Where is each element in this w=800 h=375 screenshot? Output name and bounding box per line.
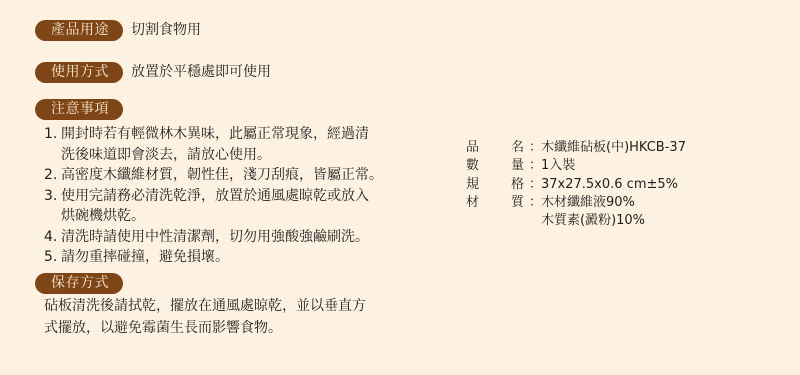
notes-item-number: 3. [44, 186, 61, 227]
spec-row-quantity: 數 量 ： 1入裝 [466, 157, 686, 175]
spec-key-second-char: 質 [511, 194, 529, 231]
spec-colon: ： [529, 176, 541, 194]
method-value: 放置於平穩處即可使用 [131, 62, 271, 82]
spec-row-dimensions: 規 格 ： 37x27.5x0.6 cm±5% [466, 176, 686, 194]
notes-item-text: 開封時若有輕微林木異味，此屬正常現象，經過清 洗後味道即會淡去，請放心使用。 [61, 124, 369, 165]
spec-row-material: 材 質 ： 木材纖維液90% 木質素(澱粉)10% [466, 194, 686, 231]
notes-item-text: 高密度木纖維材質，韌性佳，淺刀刮痕，皆屬正常。 [61, 165, 383, 186]
spec-value: 木纖維砧板(中)HKCB-37 [541, 139, 686, 157]
spec-colon: ： [529, 157, 541, 175]
spec-key-first-char: 數 [466, 157, 511, 175]
notes-item: 4. 清洗時請使用中性清潔劑，切勿用強酸強鹼刷洗。 [44, 227, 383, 248]
spec-value: 1入裝 [541, 157, 575, 175]
notes-item-number: 2. [44, 165, 61, 186]
usage-label-pill: 產品用途 [35, 20, 123, 41]
notes-item-text: 請勿重摔碰撞，避免損壞。 [61, 247, 229, 268]
notes-list: 1. 開封時若有輕微林木異味，此屬正常現象，經過清 洗後味道即會淡去，請放心使用… [44, 124, 383, 268]
spec-row-name: 品 名 ： 木纖維砧板(中)HKCB-37 [466, 139, 686, 157]
notes-item-text: 使用完請務必清洗乾淨，放置於通風處晾乾或放入 烘碗機烘乾。 [61, 186, 369, 227]
spec-key-second-char: 格 [511, 176, 529, 194]
spec-key-first-char: 品 [466, 139, 511, 157]
usage-value: 切割食物用 [131, 20, 201, 40]
notes-item: 2. 高密度木纖維材質，韌性佳，淺刀刮痕，皆屬正常。 [44, 165, 383, 186]
spec-colon: ： [529, 139, 541, 157]
notes-item-number: 1. [44, 124, 61, 165]
notes-item: 1. 開封時若有輕微林木異味，此屬正常現象，經過清 洗後味道即會淡去，請放心使用… [44, 124, 383, 165]
spec-value: 37x27.5x0.6 cm±5% [541, 176, 678, 194]
product-info-page: 產品用途 切割食物用 使用方式 放置於平穩處即可使用 注意事項 1. 開封時若有… [0, 0, 800, 375]
notes-item: 5. 請勿重摔碰撞，避免損壞。 [44, 247, 383, 268]
spec-key-first-char: 材 [466, 194, 511, 231]
spec-key-second-char: 量 [511, 157, 529, 175]
spec-colon: ： [529, 194, 541, 231]
storage-text: 砧板清洗後請拭乾，擺放在通風處晾乾，並以垂直方 式擺放，以避免霉菌生長而影響食物… [44, 295, 366, 339]
notes-item-number: 4. [44, 227, 61, 248]
spec-key-second-char: 名 [511, 139, 529, 157]
product-specs: 品 名 ： 木纖維砧板(中)HKCB-37 數 量 ： 1入裝 規 格 ： 37… [466, 139, 686, 230]
notes-item-text: 清洗時請使用中性清潔劑，切勿用強酸強鹼刷洗。 [61, 227, 369, 248]
method-label-pill: 使用方式 [35, 62, 123, 83]
notes-item-number: 5. [44, 247, 61, 268]
spec-key-first-char: 規 [466, 176, 511, 194]
storage-label-pill: 保存方式 [35, 273, 123, 294]
notes-label-pill: 注意事項 [35, 99, 123, 120]
notes-item: 3. 使用完請務必清洗乾淨，放置於通風處晾乾或放入 烘碗機烘乾。 [44, 186, 383, 227]
spec-value: 木材纖維液90% 木質素(澱粉)10% [541, 194, 645, 231]
